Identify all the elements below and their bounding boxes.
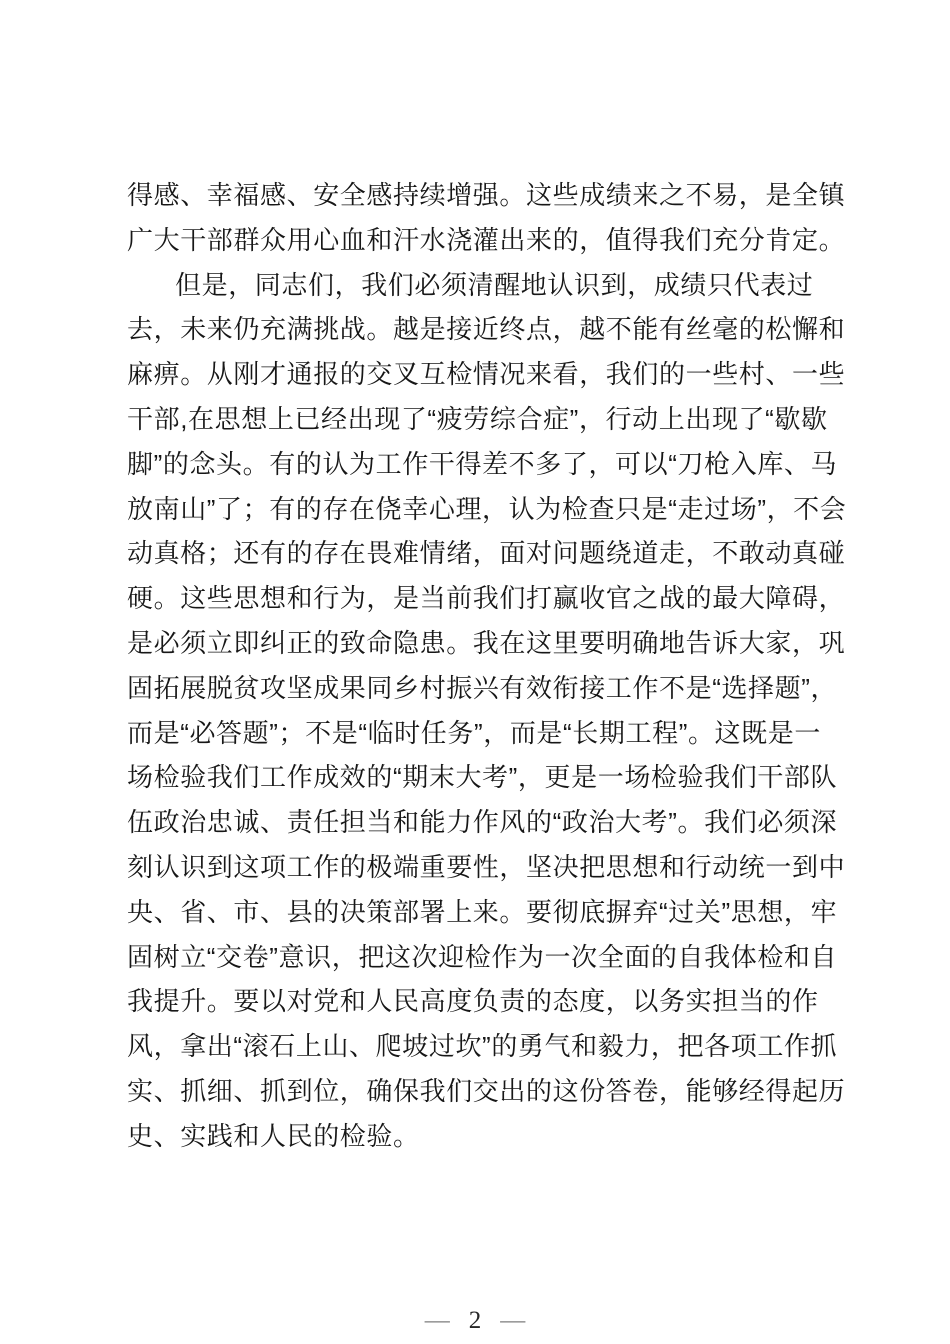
text-line: 得感、幸福感、安全感持续增强。这些成绩来之不易，是全镇 (127, 173, 843, 218)
paragraph: 但是，同志们，我们必须清醒地认识到，成绩只代表过去，未来仍充满挑战。越是接近终点… (127, 263, 843, 1159)
text-line: 广大干部群众用心血和汗水浇灌出来的，值得我们充分肯定。 (127, 218, 843, 263)
body-text: 得感、幸福感、安全感持续增强。这些成绩来之不易，是全镇广大干部群众用心血和汗水浇… (127, 173, 843, 1159)
text-line: 硬。这些思想和行为，是当前我们打赢收官之战的最大障碍， (127, 576, 843, 621)
text-line: 史、实践和人民的检验。 (127, 1114, 843, 1159)
document-page: 得感、幸福感、安全感持续增强。这些成绩来之不易，是全镇广大干部群众用心血和汗水浇… (0, 0, 950, 1344)
text-line: 场检验我们工作成效的“期末大考”，更是一场检验我们干部队 (127, 755, 843, 800)
footer-dash-left: — (425, 1306, 450, 1336)
text-line: 脚”的念头。有的认为工作干得差不多了，可以“刀枪入库、马 (127, 442, 843, 487)
text-line: 去，未来仍充满挑战。越是接近终点，越不能有丝毫的松懈和 (127, 307, 843, 352)
text-line: 我提升。要以对党和人民高度负责的态度，以务实担当的作 (127, 979, 843, 1024)
text-line: 固拓展脱贫攻坚成果同乡村振兴有效衔接工作不是“选择题”， (127, 666, 843, 711)
page-footer: — 2 — (0, 1306, 950, 1336)
text-line: 动真格；还有的存在畏难情绪，面对问题绕道走，不敢动真碰 (127, 531, 843, 576)
text-line: 干部,在思想上已经出现了“疲劳综合症”，行动上出现了“歇歇 (127, 397, 843, 442)
page-number: 2 (469, 1306, 482, 1336)
text-line: 固树立“交卷”意识，把这次迎检作为一次全面的自我体检和自 (127, 935, 843, 980)
text-line: 但是，同志们，我们必须清醒地认识到，成绩只代表过 (127, 263, 843, 308)
text-line: 麻痹。从刚才通报的交叉互检情况来看，我们的一些村、一些 (127, 352, 843, 397)
footer-dash-right: — (500, 1306, 525, 1336)
text-line: 伍政治忠诚、责任担当和能力作风的“政治大考”。我们必须深 (127, 800, 843, 845)
text-line: 放南山”了；有的存在侥幸心理，认为检查只是“走过场”，不会 (127, 487, 843, 532)
paragraph: 得感、幸福感、安全感持续增强。这些成绩来之不易，是全镇广大干部群众用心血和汗水浇… (127, 173, 843, 263)
text-line: 风，拿出“滚石上山、爬坡过坎”的勇气和毅力，把各项工作抓 (127, 1024, 843, 1069)
text-line: 而是“必答题”；不是“临时任务”，而是“长期工程”。这既是一 (127, 711, 843, 756)
text-line: 实、抓细、抓到位，确保我们交出的这份答卷，能够经得起历 (127, 1069, 843, 1114)
text-line: 央、省、市、县的决策部署上来。要彻底摒弃“过关”思想，牢 (127, 890, 843, 935)
text-line: 是必须立即纠正的致命隐患。我在这里要明确地告诉大家，巩 (127, 621, 843, 666)
text-line: 刻认识到这项工作的极端重要性，坚决把思想和行动统一到中 (127, 845, 843, 890)
